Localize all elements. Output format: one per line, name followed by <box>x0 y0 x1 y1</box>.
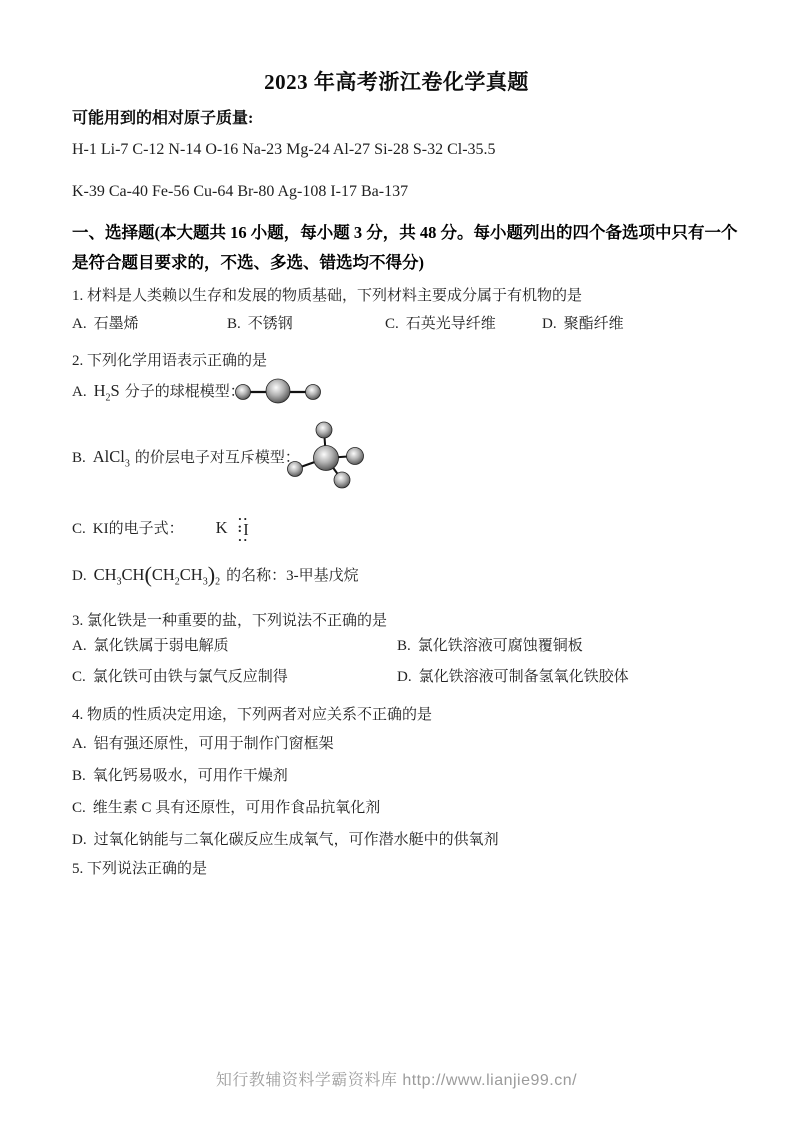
potassium-symbol: K <box>216 518 228 537</box>
q3-option-c-text: 氯化铁可由铁与氯气反应制得 <box>93 669 288 685</box>
q2-option-a: A.H2S分子的球棍模型： <box>72 380 245 401</box>
q5-stem: 5. 下列说法正确的是 <box>72 857 207 878</box>
q4-option-d: D.过氧化钠能与二氧化碳反应生成氧气，可作潜水艇中的供氧剂 <box>72 828 499 849</box>
q2-stem: 2. 下列化学用语表示正确的是 <box>72 349 267 370</box>
electron-dots-left: : <box>238 521 243 536</box>
masses-label: 可能用到的相对原子质量: <box>72 105 253 128</box>
page-title: 2023 年高考浙江卷化学真题 <box>0 66 793 96</box>
alcl3-formula: AlCl3 <box>93 447 130 466</box>
q2-option-d-text: 的名称：3-甲基戊烷 <box>226 568 359 584</box>
q2-option-b-label: B. <box>72 450 86 466</box>
q1-stem: 1. 材料是人类赖以生存和发展的物质基础，下列材料主要成分属于有机物的是 <box>72 284 582 305</box>
q1-option-d: D.聚酯纤维 <box>542 312 624 333</box>
q3-option-b-label: B. <box>397 638 411 654</box>
q1-option-b-label: B. <box>227 316 241 332</box>
q2-option-c: C.KI的电子式：K··:I·· <box>72 516 249 543</box>
q2-option-d: D.CH3CH(CH2CH3)2的名称：3-甲基戊烷 <box>72 562 359 589</box>
q2-option-d-label: D. <box>72 568 87 584</box>
q3-option-c-label: C. <box>72 669 86 685</box>
q4-option-d-label: D. <box>72 832 87 848</box>
q4-stem: 4. 物质的性质决定用途，下列两者对应关系不正确的是 <box>72 703 432 724</box>
q4-option-c-label: C. <box>72 800 86 816</box>
q1-option-c: C.石英光导纤维 <box>385 312 496 333</box>
q1-option-d-label: D. <box>542 316 557 332</box>
q3-option-d: D.氯化铁溶液可制备氢氧化铁胶体 <box>397 665 629 686</box>
section-header-line-1: 一、选择题(本大题共 16 小题，每小题 3 分，共 48 分。每小题列出的四个… <box>72 218 738 248</box>
section-header: 一、选择题(本大题共 16 小题，每小题 3 分，共 48 分。每小题列出的四个… <box>72 218 738 278</box>
q4-option-a-label: A. <box>72 736 87 752</box>
q2-option-c-text: KI的电子式： <box>93 521 184 537</box>
methylpentane-formula: CH3CH(CH2CH3)2 <box>94 565 221 584</box>
electron-dots-bottom: ·· <box>238 537 249 543</box>
q3-option-b: B.氯化铁溶液可腐蚀覆铜板 <box>397 634 583 655</box>
masses-line-1: H-1 Li-7 C-12 N-14 O-16 Na-23 Mg-24 Al-2… <box>72 141 496 159</box>
q2-option-a-text: 分子的球棍模型： <box>125 384 245 400</box>
alcl3-vsepr-model <box>283 412 375 498</box>
q2-option-b: B.AlCl3的价层电子对互斥模型： <box>72 446 300 467</box>
q1-option-b-text: 不锈钢 <box>248 316 293 332</box>
footer-watermark: 知行教辅资料学霸资料库 http://www.lianjie99.cn/ <box>0 1067 793 1090</box>
q2-option-c-label: C. <box>72 521 86 537</box>
q1-option-b: B.不锈钢 <box>227 312 293 333</box>
h2s-formula: H2S <box>94 381 120 400</box>
q4-option-c-text: 维生素 C 具有还原性，可用作食品抗氧化剂 <box>93 800 381 816</box>
q1-option-c-label: C. <box>385 316 399 332</box>
q3-option-a-label: A. <box>72 638 87 654</box>
iodide-electron-structure: ··:I·· <box>238 516 249 543</box>
q1-option-a-label: A. <box>72 316 87 332</box>
q3-option-a-text: 氯化铁属于弱电解质 <box>94 638 229 654</box>
q1-option-c-text: 石英光导纤维 <box>406 316 496 332</box>
q3-option-d-label: D. <box>397 669 412 685</box>
exam-paper-page: 2023 年高考浙江卷化学真题 可能用到的相对原子质量: H-1 Li-7 C-… <box>0 0 793 1122</box>
q4-option-a: A.铝有强还原性，可用于制作门窗框架 <box>72 732 334 753</box>
q4-option-b-label: B. <box>72 768 86 784</box>
q4-option-a-text: 铝有强还原性，可用于制作门窗框架 <box>94 736 334 752</box>
q3-option-c: C.氯化铁可由铁与氯气反应制得 <box>72 665 288 686</box>
h2s-ball-stick-model <box>228 373 332 410</box>
q1-option-a-text: 石墨烯 <box>94 316 139 332</box>
q2-option-a-label: A. <box>72 384 87 400</box>
q3-option-d-text: 氯化铁溶液可制备氢氧化铁胶体 <box>419 669 629 685</box>
q1-option-a: A.石墨烯 <box>72 312 139 333</box>
q4-option-c: C.维生素 C 具有还原性，可用作食品抗氧化剂 <box>72 796 380 817</box>
q2-option-b-text: 的价层电子对互斥模型： <box>135 450 300 466</box>
q3-option-b-text: 氯化铁溶液可腐蚀覆铜板 <box>418 638 583 654</box>
q4-option-d-text: 过氧化钠能与二氧化碳反应生成氧气，可作潜水艇中的供氧剂 <box>94 832 499 848</box>
section-header-line-2: 是符合题目要求的，不选、多选、错选均不得分) <box>72 248 738 278</box>
q1-option-d-text: 聚酯纤维 <box>564 316 624 332</box>
q3-stem: 3. 氯化铁是一种重要的盐，下列说法不正确的是 <box>72 609 387 630</box>
q4-option-b-text: 氧化钙易吸水，可用作干燥剂 <box>93 768 288 784</box>
q4-option-b: B.氧化钙易吸水，可用作干燥剂 <box>72 764 288 785</box>
q3-option-a: A.氯化铁属于弱电解质 <box>72 634 229 655</box>
masses-line-2: K-39 Ca-40 Fe-56 Cu-64 Br-80 Ag-108 I-17… <box>72 183 408 201</box>
